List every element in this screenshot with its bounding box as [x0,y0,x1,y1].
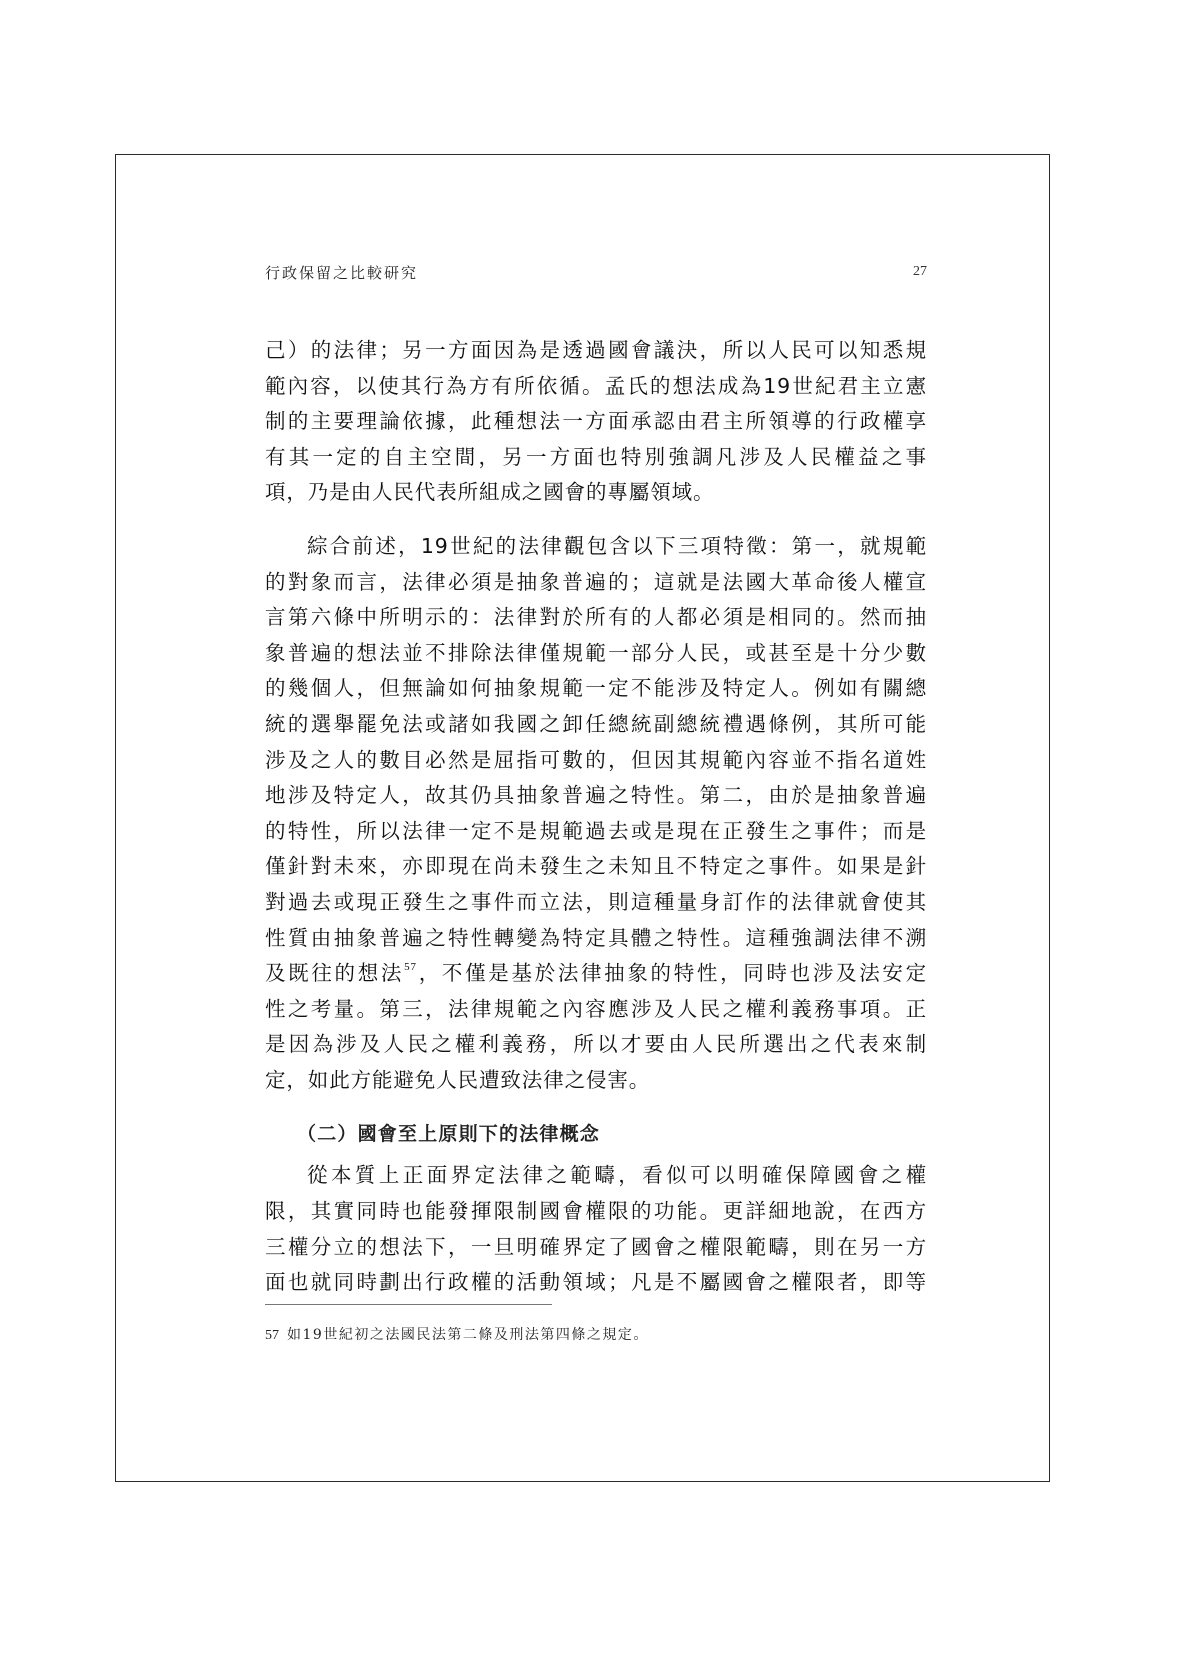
text-line: 的特性，所以法律一定不是規範過去或是現在正發生之事件；而是 [265,814,927,850]
paragraph-1: 己）的法律；另一方面因為是透過國會議決，所以人民可以知悉規 範內容，以使其行為方… [265,333,927,511]
text-line: 的對象而言，法律必須是抽象普遍的；這就是法國大革命後人權宣 [265,565,927,601]
footnote-text: 如19世紀初之法國民法第二條及刑法第四條之規定。 [287,1327,649,1343]
text-line: 己）的法律；另一方面因為是透過國會議決，所以人民可以知悉規 [265,333,927,369]
text-line: 僅針對未來，亦即現在尚未發生之未知且不特定之事件。如果是針 [265,849,927,885]
text-line: 的幾個人，但無論如何抽象規範一定不能涉及特定人。例如有關總 [265,671,927,707]
footnote-reference[interactable]: 57 [404,961,417,973]
text-line: 涉及之人的數目必然是屈指可數的，但因其規範內容並不指名道姓 [265,743,927,779]
text-line: 性之考量。第三，法律規範之內容應涉及人民之權利義務事項。正 [265,992,927,1028]
text-line: 是因為涉及人民之權利義務，所以才要由人民所選出之代表來制 [265,1027,927,1063]
text-line: 定，如此方能避免人民遭致法律之侵害。 [265,1063,927,1099]
text-line: 制的主要理論依據，此種想法一方面承認由君主所領導的行政權享 [265,404,927,440]
paragraph-3: 從本質上正面界定法律之範疇，看似可以明確保障國會之權 限，其實同時也能發揮限制國… [265,1158,927,1300]
text-line: 限，其實同時也能發揮限制國會權限的功能。更詳細地說，在西方 [265,1194,927,1230]
main-body-text: 己）的法律；另一方面因為是透過國會議決，所以人民可以知悉規 範內容，以使其行為方… [265,333,927,1301]
footnote-number: 57 [265,1328,279,1343]
footnote-separator [265,1304,552,1305]
text-line: 性質由抽象普遍之特性轉變為特定具體之特性。這種強調法律不溯 [265,921,927,957]
text-line: 對過去或現正發生之事件而立法，則這種量身訂作的法律就會使其 [265,885,927,921]
text-segment: ，不僅是基於法律抽象的特性，同時也涉及法安定 [417,961,927,985]
running-header: 行政保留之比較研究 27 [265,262,927,286]
text-line: 言第六條中所明示的：法律對於所有的人都必須是相同的。然而抽 [265,600,927,636]
text-line: 面也就同時劃出行政權的活動領域；凡是不屬國會之權限者，即等 [265,1265,927,1301]
text-line: 項，乃是由人民代表所組成之國會的專屬領域。 [265,475,927,511]
text-line: 範內容，以使其行為方有所依循。孟氏的想法成為19世紀君主立憲 [265,369,927,405]
page-number: 27 [913,264,927,280]
text-line: 象普遍的想法並不排除法律僅規範一部分人民，或甚至是十分少數 [265,636,927,672]
paragraph-2: 綜合前述，19世紀的法律觀包含以下三項特徵：第一，就規範 的對象而言，法律必須是… [265,529,927,1099]
text-segment: 及既往的想法 [265,961,404,985]
section-heading: （二）國會至上原則下的法律概念 [265,1114,927,1154]
text-line: 從本質上正面界定法律之範疇，看似可以明確保障國會之權 [265,1158,927,1194]
text-line: 有其一定的自主空間，另一方面也特別強調凡涉及人民權益之事 [265,440,927,476]
text-line: 綜合前述，19世紀的法律觀包含以下三項特徵：第一，就規範 [265,529,927,565]
text-line: 三權分立的想法下，一旦明確界定了國會之權限範疇，則在另一方 [265,1230,927,1266]
text-line: 地涉及特定人，故其仍具抽象普遍之特性。第二，由於是抽象普遍 [265,778,927,814]
book-title: 行政保留之比較研究 [265,262,418,283]
text-line: 統的選舉罷免法或諸如我國之卸任總統副總統禮遇條例，其所可能 [265,707,927,743]
footnote-57: 57如19世紀初之法國民法第二條及刑法第四條之規定。 [265,1324,649,1344]
text-line-with-footnote: 及既往的想法57，不僅是基於法律抽象的特性，同時也涉及法安定 [265,956,927,992]
